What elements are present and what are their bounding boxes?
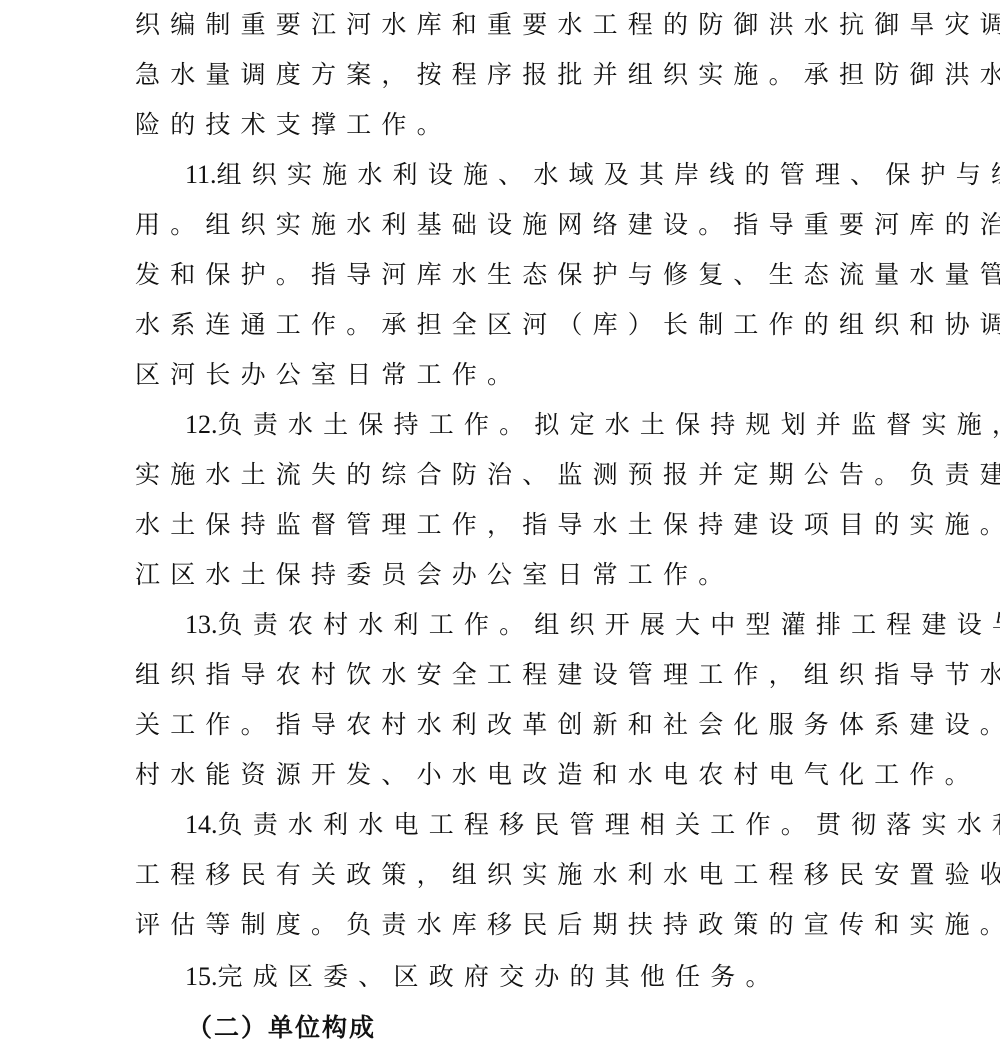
paragraph-first-line: 14.负责水利水电工程移民管理相关工作。贯彻落实水利水电: [185, 800, 1000, 850]
item-number: 15.: [185, 962, 218, 991]
paragraph-line: 区河长办公室日常工作。: [135, 350, 522, 400]
paragraph-line: 发和保护。指导河库水生态保护与修复、生态流量水量管理以及: [135, 250, 1000, 300]
paragraph-line: 组织指导农村饮水安全工程建设管理工作，组织指导节水灌溉有: [135, 650, 1000, 700]
paragraph-text: 完成区委、区政府交办的其他任务。: [218, 962, 781, 991]
paragraph-text: 组织实施水利设施、水域及其岸线的管理、保护与综合利: [217, 160, 1000, 189]
item-number: 14.: [185, 810, 218, 839]
paragraph-line: 村水能资源开发、小水电改造和水电农村电气化工作。: [135, 750, 980, 800]
paragraph-first-line: 12.负责水土保持工作。拟定水土保持规划并监督实施，组织: [185, 400, 1000, 450]
paragraph-line: 关工作。指导农村水利改革创新和社会化服务体系建设。指导农: [135, 700, 1000, 750]
paragraph-first-line: 11.组织实施水利设施、水域及其岸线的管理、保护与综合利: [185, 150, 1000, 200]
paragraph-first-line: 15.完成区委、区政府交办的其他任务。: [185, 952, 781, 1002]
item-number: 11.: [185, 160, 217, 189]
paragraph-line: 评估等制度。负责水库移民后期扶持政策的宣传和实施。: [135, 900, 1000, 950]
paragraph-text: 负责水土保持工作。拟定水土保持规划并监督实施，组织: [218, 410, 1000, 439]
item-number: 12.: [185, 410, 218, 439]
paragraph-line: 水土保持监督管理工作，指导水土保持建设项目的实施。承担綦: [135, 500, 1000, 550]
paragraph-line: 用。组织实施水利基础设施网络建设。指导重要河库的治理、开: [135, 200, 1000, 250]
paragraph-line: 织编制重要江河水库和重要水工程的防御洪水抗御旱灾调度及应: [135, 0, 1000, 50]
paragraph-line: 险的技术支撑工作。: [135, 100, 452, 150]
paragraph-line: 水系连通工作。承担全区河（库）长制工作的组织和协调及綦江: [135, 300, 1000, 350]
paragraph-line: 江区水土保持委员会办公室日常工作。: [135, 550, 733, 600]
item-number: 13.: [185, 610, 218, 639]
paragraph-line: 工程移民有关政策，组织实施水利水电工程移民安置验收、监督: [135, 850, 1000, 900]
paragraph-line: 急水量调度方案，按程序报批并组织实施。承担防御洪水应急抢: [135, 50, 1000, 100]
paragraph-first-line: 13.负责农村水利工作。组织开展大中型灌排工程建设与改造。: [185, 600, 1000, 650]
section-heading: （二）单位构成: [187, 1003, 376, 1053]
paragraph-line: 实施水土流失的综合防治、监测预报并定期公告。负责建设项目: [135, 450, 1000, 500]
paragraph-text: 负责水利水电工程移民管理相关工作。贯彻落实水利水电: [218, 810, 1000, 839]
paragraph-text: 负责农村水利工作。组织开展大中型灌排工程建设与改造。: [218, 610, 1000, 639]
